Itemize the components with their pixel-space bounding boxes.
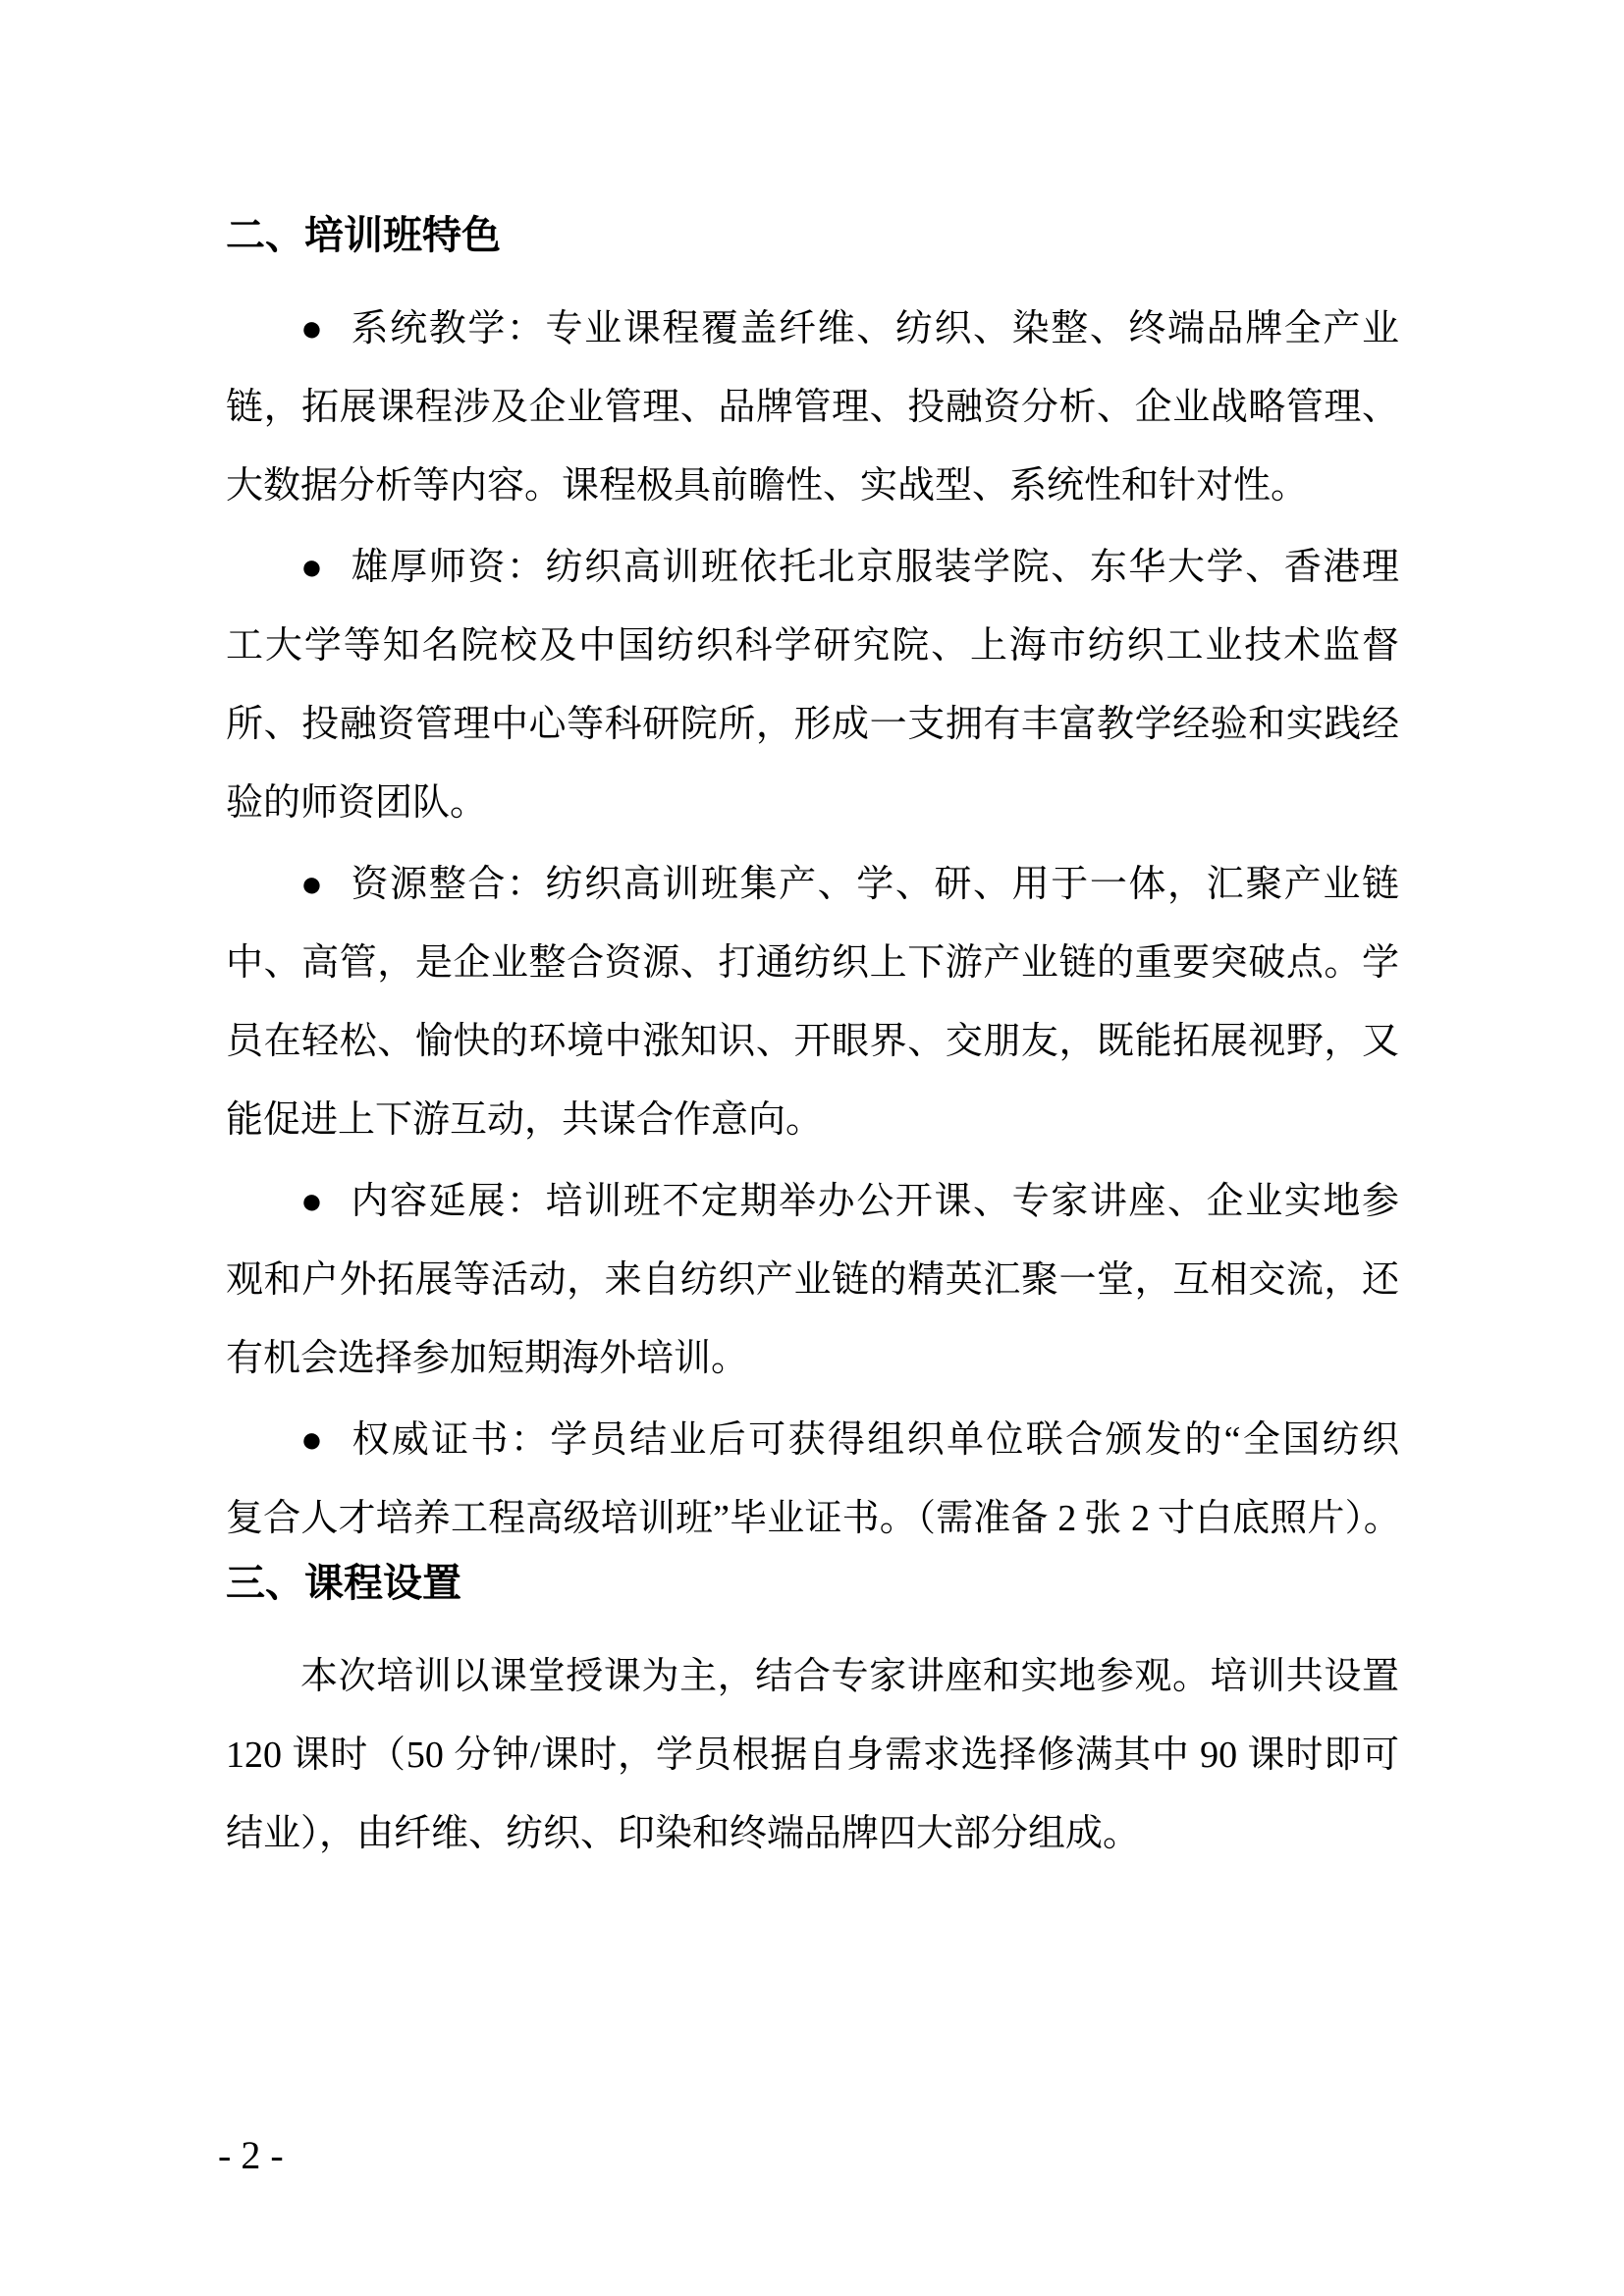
page-number: - 2 - xyxy=(218,2128,284,2183)
bullet-icon: ● xyxy=(300,547,325,588)
paragraph-course-setup: 本次培训以课堂授课为主，结合专家讲座和实地参观。培训共设置 120 课时（50 … xyxy=(226,1637,1399,1873)
text-line: 大数据分析等内容。课程极具前瞻性、实战型、系统性和针对性。 xyxy=(226,447,1399,525)
bullet-text: 雄厚师资：纺织高训班依托北京服装学院、东华大学、香港理 xyxy=(352,547,1399,588)
text-line: 有机会选择参加短期海外培训。 xyxy=(226,1319,1399,1398)
document-page: 二、培训班特色 ●系统教学：专业课程覆盖纤维、纺织、染整、终端品牌全产业 链，拓… xyxy=(0,0,1624,2296)
text-line: 能促进上下游互动，共谋合作意向。 xyxy=(226,1081,1399,1159)
text-line: 120 课时（50 分钟/课时，学员根据自身需求选择修满其中 90 课时即可 xyxy=(226,1716,1399,1794)
text-line: 本次培训以课堂授课为主，结合专家讲座和实地参观。培训共设置 xyxy=(226,1637,1399,1716)
bullet-icon: ● xyxy=(300,1181,325,1222)
text-line: ●内容延展：培训班不定期举办公开课、专家讲座、企业实地参 xyxy=(226,1162,1399,1241)
text-line: ●系统教学：专业课程覆盖纤维、纺织、染整、终端品牌全产业 xyxy=(226,290,1399,368)
bullet-paragraph-authoritative-certificate: ●权威证书：学员结业后可获得组织单位联合颁发的“全国纺织 复合人才培养工程高级培… xyxy=(226,1401,1399,1558)
text-line: ●雄厚师资：纺织高训班依托北京服装学院、东华大学、香港理 xyxy=(226,528,1399,607)
bullet-icon: ● xyxy=(300,864,325,905)
bullet-icon: ● xyxy=(300,308,325,349)
text-line: 工大学等知名院校及中国纺织科学研究院、上海市纺织工业技术监督 xyxy=(226,607,1399,685)
text-line: 验的师资团队。 xyxy=(226,764,1399,842)
bullet-text: 系统教学：专业课程覆盖纤维、纺织、染整、终端品牌全产业 xyxy=(352,308,1399,349)
text-line: 所、投融资管理中心等科研院所，形成一支拥有丰富教学经验和实践经 xyxy=(226,685,1399,764)
text-line: 中、高管，是企业整合资源、打通纺织上下游产业链的重要突破点。学 xyxy=(226,924,1399,1002)
text-line: 员在轻松、愉快的环境中涨知识、开眼界、交朋友，既能拓展视野，又 xyxy=(226,1002,1399,1081)
text-line: ●权威证书：学员结业后可获得组织单位联合颁发的“全国纺织 xyxy=(226,1401,1399,1479)
bullet-paragraph-strong-faculty: ●雄厚师资：纺织高训班依托北京服装学院、东华大学、香港理 工大学等知名院校及中国… xyxy=(226,528,1399,842)
bullet-text: 资源整合：纺织高训班集产、学、研、用于一体，汇聚产业链 xyxy=(352,864,1399,905)
text-line: ●资源整合：纺织高训班集产、学、研、用于一体，汇聚产业链 xyxy=(226,845,1399,924)
bullet-text: 内容延展：培训班不定期举办公开课、专家讲座、企业实地参 xyxy=(352,1181,1399,1222)
bullet-paragraph-content-extension: ●内容延展：培训班不定期举办公开课、专家讲座、企业实地参 观和户外拓展等活动，来… xyxy=(226,1162,1399,1398)
document-content: 二、培训班特色 ●系统教学：专业课程覆盖纤维、纺织、染整、终端品牌全产业 链，拓… xyxy=(226,196,1399,1873)
bullet-paragraph-resource-integration: ●资源整合：纺织高训班集产、学、研、用于一体，汇聚产业链 中、高管，是企业整合资… xyxy=(226,845,1399,1159)
section-heading-2: 二、培训班特色 xyxy=(226,196,1399,275)
text-line: 结业），由纤维、纺织、印染和终端品牌四大部分组成。 xyxy=(226,1794,1399,1873)
bullet-paragraph-systematic-teaching: ●系统教学：专业课程覆盖纤维、纺织、染整、终端品牌全产业 链，拓展课程涉及企业管… xyxy=(226,290,1399,525)
bullet-icon: ● xyxy=(300,1419,325,1461)
bullet-text: 权威证书：学员结业后可获得组织单位联合颁发的“全国纺织 xyxy=(352,1419,1399,1461)
text-line: 观和户外拓展等活动，来自纺织产业链的精英汇聚一堂，互相交流，还 xyxy=(226,1241,1399,1319)
text-line: 链，拓展课程涉及企业管理、品牌管理、投融资分析、企业战略管理、 xyxy=(226,368,1399,447)
